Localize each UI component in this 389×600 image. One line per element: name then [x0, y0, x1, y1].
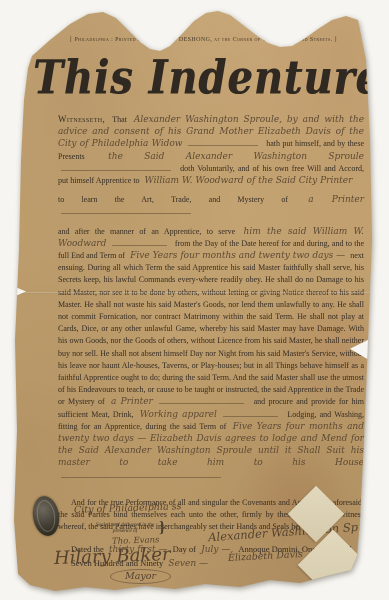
printed-segment: to learn the Art, Trade, and Mystery of — [58, 195, 288, 204]
handwritten-segment: July —, — [201, 545, 233, 555]
document-title: This Indenture — [33, 50, 369, 105]
witnesseth-word: Witnesseth, — [58, 114, 105, 124]
handwritten-segment: William W. Woodward of the Said City Pri… — [145, 176, 353, 186]
body-paragraph-2: to learn the Art, Trade, and Mystery of … — [58, 194, 364, 218]
ruled-blank — [188, 138, 258, 146]
scanned-document-page: [ Philadelphia : Printed by GODFREY DESH… — [0, 0, 389, 600]
handwritten-segment: Working apparel — [140, 410, 217, 420]
body-paragraph-3: and after the manner of an Apprentice, t… — [58, 226, 364, 482]
ruled-blank — [61, 163, 171, 171]
ruled-blank — [61, 470, 221, 478]
printed-segment: That — [112, 115, 127, 124]
ruled-blank — [112, 238, 167, 246]
printer-imprint: [ Philadelphia : Printed by GODFREY DESH… — [42, 37, 365, 43]
handwritten-segment: a Printer — [111, 397, 153, 407]
body-paragraph-1: Witnesseth, That Alexander Washington Sp… — [58, 113, 364, 187]
indenture-body: Witnesseth, That Alexander Washington Sp… — [58, 113, 364, 578]
dated-line: Dated the thirty first — Day of July —, … — [58, 543, 364, 571]
printed-segment: Dated the — [71, 544, 104, 554]
handwritten-segment: thirty first — — [109, 545, 168, 555]
ruled-blank — [159, 396, 244, 404]
paper-shadow-wrap: [ Philadelphia : Printed by GODFREY DESH… — [0, 0, 389, 600]
edge-tear-left — [13, 286, 26, 297]
printed-segment: Day of — [173, 544, 196, 554]
performance-clause: And for the true Performance of all and … — [58, 497, 364, 534]
handwritten-segment: the Said Alexander Washington Sproule — [108, 152, 364, 162]
handwritten-segment: Seven — — [168, 559, 208, 569]
ruled-blank — [223, 409, 278, 417]
handwritten-segment: a Printer — [308, 195, 364, 205]
printed-segment: and after the manner of an Apprentice, t… — [58, 227, 235, 236]
indenture-paper: [ Philadelphia : Printed by GODFREY DESH… — [0, 0, 389, 600]
printed-segment: next ensuing. During all which Term the … — [58, 251, 364, 406]
handwritten-segment: Five Years four months and twenty two da… — [130, 251, 345, 261]
ruled-blank — [61, 206, 191, 214]
